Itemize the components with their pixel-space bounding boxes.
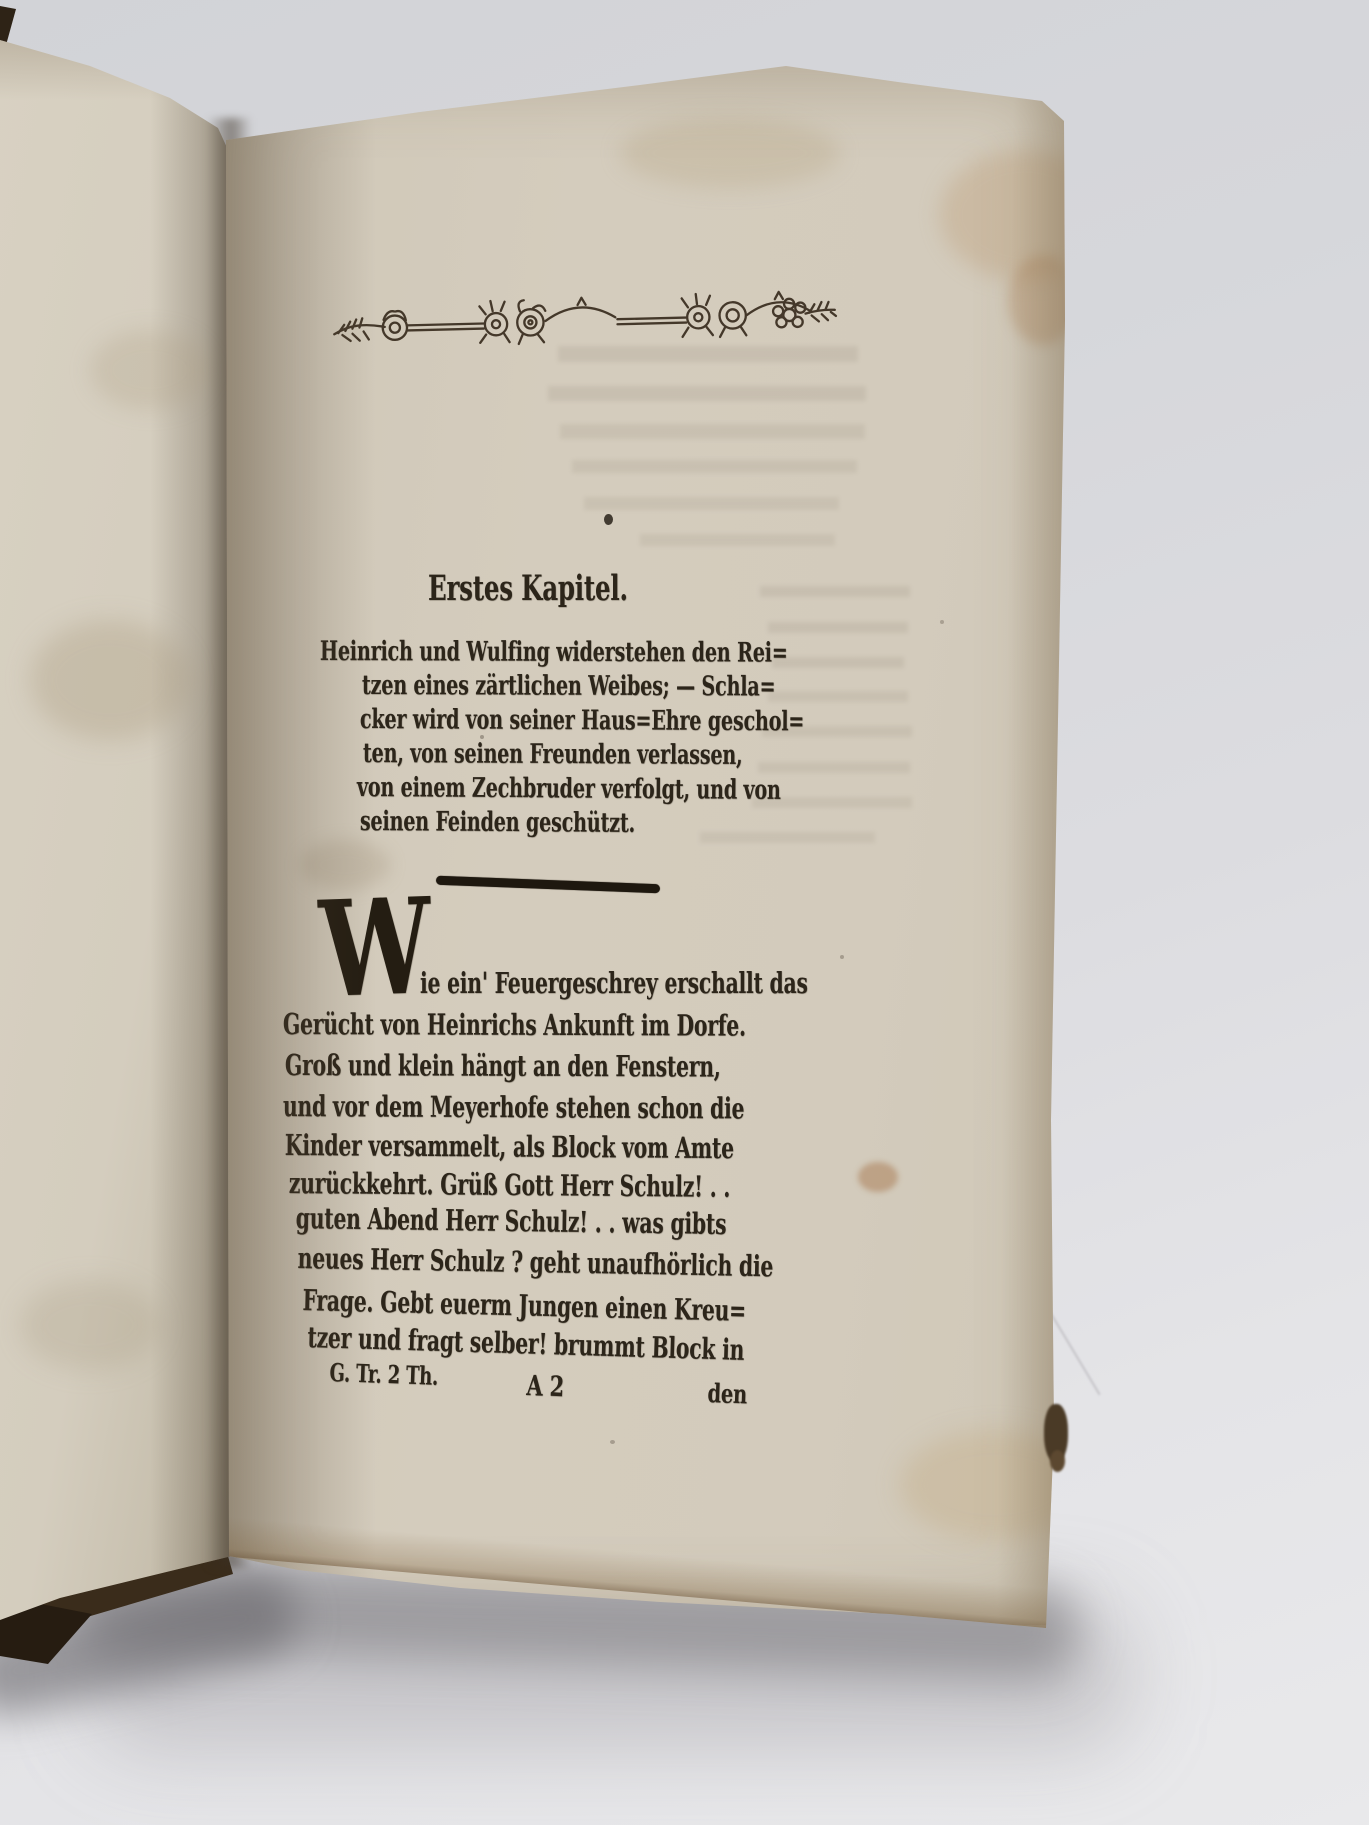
fore-edge-damage-spot [1050, 1450, 1065, 1472]
left-page [0, 0, 240, 1825]
stain [90, 330, 210, 410]
book-photo: Erstes Kapitel. Heinrich und Wulfing wid… [0, 0, 1369, 1825]
stain [30, 620, 190, 740]
stain [20, 1280, 160, 1370]
